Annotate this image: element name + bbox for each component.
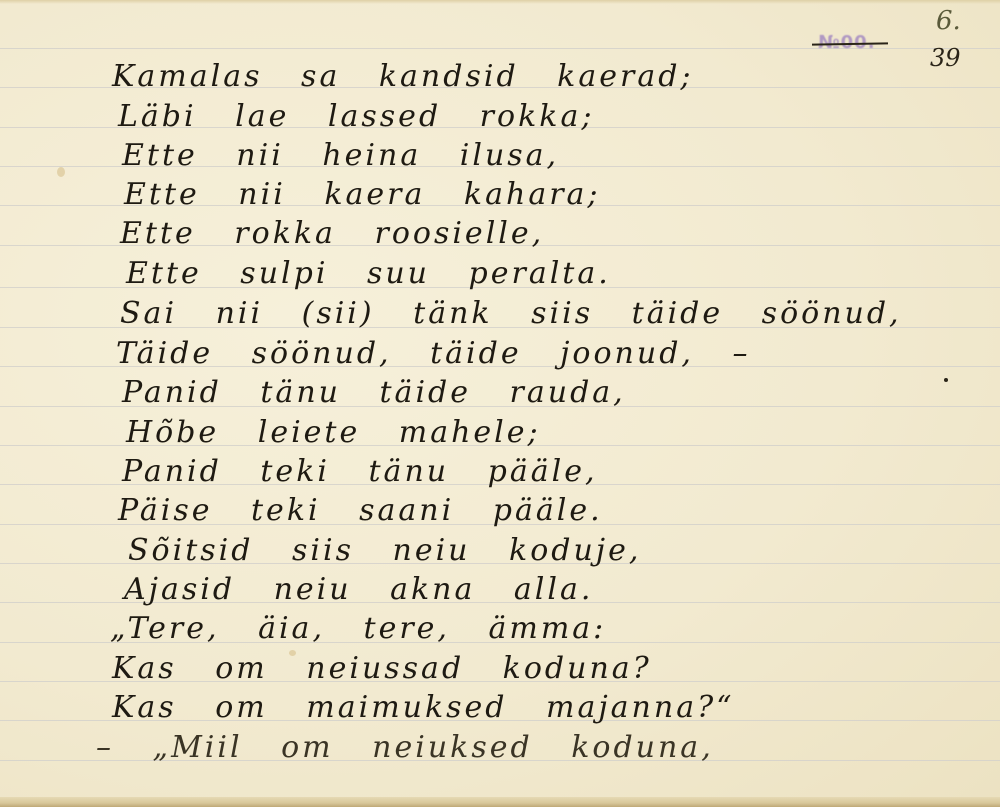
folio-number: 39 (930, 44, 961, 72)
paper-bottom-edge (0, 797, 1000, 807)
text-line: Hõbe leiete mahele; (126, 418, 541, 448)
ink-dot (944, 378, 948, 382)
text-line: Panid tänu täide rauda, (122, 378, 626, 408)
text-line: Kas om neiussad koduna? (112, 654, 652, 684)
text-line: Ette rokka roosielle, (120, 219, 544, 249)
text-line: „Tere, äia, tere, ämma: (110, 614, 606, 644)
text-line: Täide söönud, täide joonud, – (116, 339, 750, 369)
manuscript-page: №00. 6. 39 Kamalas sa kandsid kaerad; Lä… (0, 0, 1000, 807)
text-line: Sai nii (sii) tänk siis täide söönud, (120, 299, 902, 329)
text-line: Kamalas sa kandsid kaerad; (112, 62, 694, 92)
text-line: Kas om maimuksed majanna?“ (112, 693, 735, 723)
text-line: Ajasid neiu akna alla. (124, 575, 593, 605)
text-line: Päise teki saani pääle. (118, 496, 603, 526)
text-line: Läbi lae lassed rokka; (118, 102, 594, 132)
text-line: Ette nii heina ilusa, (122, 141, 559, 171)
text-line: Panid teki tänu pääle, (122, 457, 597, 487)
text-line: – „Miil om neiuksed koduna, (96, 733, 714, 763)
paper-top-edge (0, 0, 1000, 4)
text-line: Ette nii kaera kahara; (124, 180, 601, 210)
page-number: 6. (936, 6, 961, 36)
text-line: Ette sulpi suu peralta. (126, 259, 611, 289)
paper-stain (57, 167, 65, 177)
text-line: Sõitsid siis neiu koduje, (128, 536, 641, 566)
